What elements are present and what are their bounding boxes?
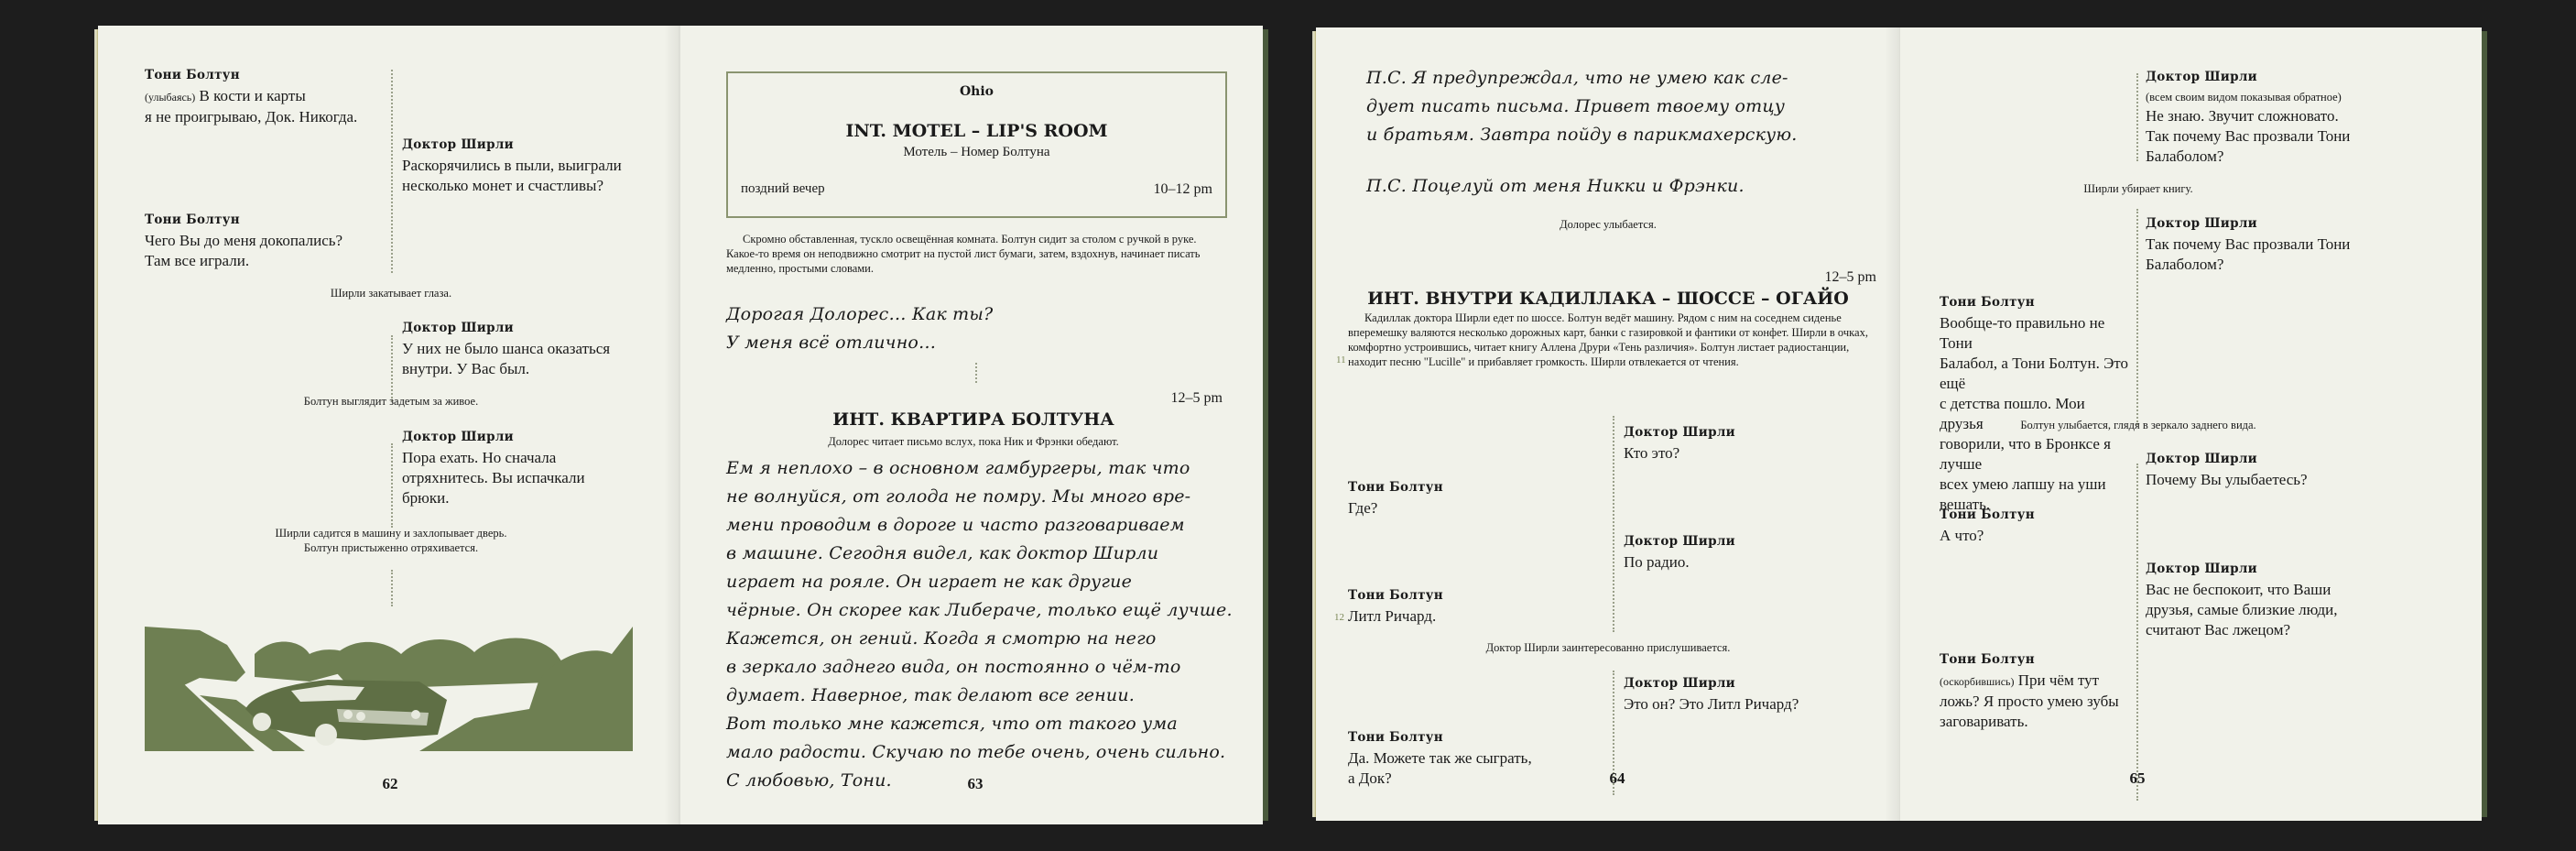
letter-line: дует писать письма. Привет твоему отцу — [1366, 93, 1879, 121]
letter-line: думает. Наверное, так делают все гении. — [726, 682, 1239, 710]
dialogue-line: внутри. У Вас был. — [402, 359, 658, 379]
dialogue-divider — [391, 70, 393, 273]
stage-direction-line: Ширли садится в машину и захлопывает две… — [98, 526, 680, 540]
dialogue-line: я не проигрываю, Док. Никогда. — [145, 107, 383, 127]
book-spread-right: П.С. Я предупреждал, что не умею как сле… — [1312, 27, 2489, 821]
dialogue-line: По радио. — [1624, 552, 1880, 573]
scene-time: 12–5 pm — [1171, 390, 1223, 407]
speaker-name: Тони Болтун — [145, 68, 383, 82]
page-65: Доктор Ширли (всем своим видом показывая… — [1900, 27, 2482, 821]
dialogue-line: Кто это? — [1624, 443, 1880, 464]
scene-description: Кадиллак доктора Ширли едет по шоссе. Бо… — [1348, 311, 1870, 369]
speaker-name: Доктор Ширли — [2146, 452, 2457, 466]
dialogue-line: а Док? — [1348, 769, 1595, 789]
dialogue-divider — [391, 335, 393, 401]
speaker-name: Доктор Ширли — [402, 137, 658, 152]
dialogue-block: Доктор Ширли По радио. — [1624, 534, 1880, 573]
speaker-name: Доктор Ширли — [1624, 534, 1880, 549]
page-edge — [1263, 29, 1268, 821]
stage-direction: Болтун выглядит задетым за живое. — [98, 394, 680, 409]
dialogue-line: отряхнитесь. Вы испачкали — [402, 468, 658, 488]
letter-line: Ем я неплохо – в основном гамбургеры, та… — [726, 454, 1239, 483]
dialogue-line: Так почему Вас прозвали Тони — [2146, 235, 2457, 255]
dialogue-divider — [2136, 209, 2138, 425]
speaker-name: Доктор Ширли — [402, 430, 658, 444]
dialogue-line: Это он? Это Литл Ричард? — [1624, 694, 1880, 715]
dialogue-block: Тони Болтун (улыбаясь) В кости и карты я… — [145, 68, 383, 127]
dialogue-block: Доктор Ширли Так почему Вас прозвали Тон… — [2146, 216, 2457, 275]
dialogue-line: говорили, что в Бронксе я лучше — [1940, 434, 2132, 475]
dialogue-block: Доктор Ширли (всем своим видом показывая… — [2146, 70, 2457, 167]
stage-direction: Болтун улыбается, глядя в зеркало заднег… — [1900, 418, 2376, 432]
line-marker: 12 — [1334, 612, 1344, 623]
dialogue-line: (улыбаясь) В кости и карты — [145, 86, 383, 107]
dialogue-line: Балабол, а Тони Болтун. Это ещё — [1940, 354, 2132, 394]
dialogue-block: Доктор Ширли Это он? Это Литл Ричард? — [1624, 676, 1880, 715]
dialogue-line: Да. Можете так же сыграть, — [1348, 748, 1595, 769]
speaker-name: Тони Болтун — [1940, 507, 2132, 522]
letter-line: в зеркало заднего вида, он постоянно о ч… — [726, 653, 1239, 682]
letter-body: Ем я неплохо – в основном гамбургеры, та… — [726, 454, 1239, 795]
page-edge — [2482, 31, 2487, 817]
page-number: 63 — [948, 775, 1003, 793]
scene-subtitle: Мотель – Номер Болтуна — [728, 145, 1225, 160]
dialogue-text: При чём тут — [2018, 671, 2099, 689]
speaker-name: Тони Болтун — [1940, 652, 2132, 667]
dialogue-line: Балаболом? — [2146, 255, 2457, 275]
dialogue-divider — [2136, 73, 2138, 161]
letter-line: У меня всё отлично… — [726, 329, 1221, 357]
dialogue-line: (оскорбившись) При чём тут — [1940, 671, 2132, 692]
scene-divider — [975, 363, 977, 383]
dialogue-line: Вас не беспокоит, что Ваши — [2146, 580, 2457, 600]
scene-time: 10–12 pm — [1154, 181, 1212, 198]
letter-line: мени проводим в дороге и часто разговари… — [726, 511, 1239, 540]
dialogue-block: Тони Болтун Вообще-то правильно не Тони … — [1940, 295, 2132, 515]
dialogue-block: Доктор Ширли Раскорячились в пыли, выигр… — [402, 137, 658, 196]
dialogue-line: брюки. — [402, 488, 658, 508]
dialogue-line: Пора ехать. Но сначала — [402, 448, 658, 468]
car-illustration-svg — [145, 627, 633, 751]
dialogue-line: Там все играли. — [145, 251, 383, 271]
car-on-road-illustration — [145, 627, 633, 751]
speaker-name: Тони Болтун — [1940, 295, 2132, 310]
speaker-name: Доктор Ширли — [1624, 425, 1880, 440]
dialogue-block: Тони Болтун Чего Вы до меня докопались? … — [145, 213, 383, 271]
dialogue-divider — [391, 570, 393, 606]
dialogue-line: У них не было шанса оказаться — [402, 339, 658, 359]
dialogue-line: А что? — [1940, 526, 2132, 546]
dialogue-divider — [391, 443, 393, 528]
dialogue-line: заговаривать. — [1940, 712, 2132, 732]
time-of-day: поздний вечер — [741, 181, 825, 197]
speaker-name: Доктор Ширли — [402, 321, 658, 335]
letter-postscript-2: П.С. Поцелуй от меня Никки и Фрэнки. — [1366, 172, 1879, 201]
dialogue-line: Почему Вы улыбаетесь? — [2146, 470, 2457, 490]
speaker-name: Тони Болтун — [1348, 588, 1595, 603]
parenthetical: (оскорбившись) — [1940, 675, 2015, 688]
scene-slugline: ИНТ. ВНУТРИ КАДИЛЛАКА – ШОССЕ – ОГАЙО — [1316, 289, 1900, 309]
scene-location: Ohio — [728, 84, 1225, 99]
dialogue-block: Доктор Ширли У них не было шанса оказать… — [402, 321, 658, 379]
dialogue-block: Доктор Ширли Кто это? — [1624, 425, 1880, 464]
letter-postscript: П.С. Я предупреждал, что не умею как сле… — [1366, 64, 1879, 149]
scene-time: 12–5 pm — [1825, 269, 1876, 286]
page-64: П.С. Я предупреждал, что не умею как сле… — [1316, 27, 1900, 821]
parenthetical: (всем своим видом показывая обратное) — [2146, 88, 2457, 106]
speaker-name: Доктор Ширли — [2146, 562, 2457, 576]
dialogue-line: ложь? Я просто умею зубы — [1940, 692, 2132, 712]
page-number: 62 — [363, 775, 418, 793]
dialogue-line: Где? — [1348, 498, 1595, 518]
stage-direction: Ширли закатывает глаза. — [98, 286, 680, 300]
page-number: 65 — [2110, 769, 2165, 788]
parenthetical: (улыбаясь) — [145, 91, 195, 104]
page-62: Тони Болтун (улыбаясь) В кости и карты я… — [98, 26, 680, 824]
letter-line: Дорогая Долорес… Как ты? — [726, 300, 1221, 329]
scene-slugline: INT. MOTEL – LIP'S ROOM — [728, 121, 1225, 141]
dialogue-block: Тони Болтун Да. Можете так же сыграть, а… — [1348, 730, 1595, 789]
page-number: 64 — [1590, 769, 1645, 788]
letter-line: П.С. Я предупреждал, что не умею как сле… — [1366, 64, 1879, 93]
dialogue-text: В кости и карты — [200, 87, 306, 104]
dialogue-block: Тони Болтун А что? — [1940, 507, 2132, 546]
dialogue-line: Так почему Вас прозвали Тони — [2146, 126, 2457, 147]
dialogue-block: Тони Болтун Литл Ричард. — [1348, 588, 1595, 627]
dialogue-block: Доктор Ширли Вас не беспокоит, что Ваши … — [2146, 562, 2457, 640]
speaker-name: Тони Болтун — [1348, 480, 1595, 495]
dialogue-line: друзья, самые близкие люди, — [2146, 600, 2457, 620]
speaker-name: Доктор Ширли — [1624, 676, 1880, 691]
letter-line: в машине. Сегодня видел, как доктор Ширл… — [726, 540, 1239, 568]
scene-slugline: ИНТ. КВАРТИРА БОЛТУНА — [680, 409, 1263, 430]
page-63: Ohio INT. MOTEL – LIP'S ROOM Мотель – Но… — [680, 26, 1263, 824]
line-marker: 11 — [1336, 355, 1346, 365]
stage-direction: Ширли убирает книгу. — [1900, 181, 2376, 196]
scene-heading-box: Ohio INT. MOTEL – LIP'S ROOM Мотель – Но… — [726, 71, 1227, 218]
dialogue-line: Чего Вы до меня докопались? — [145, 231, 383, 251]
letter-line: Кажется, он гений. Когда я смотрю на нег… — [726, 625, 1239, 653]
dialogue-line: Не знаю. Звучит сложновато. — [2146, 106, 2457, 126]
scene-description: Скромно обставленная, тускло освещённая … — [726, 232, 1221, 276]
speaker-name: Доктор Ширли — [2146, 70, 2457, 84]
dialogue-divider — [2136, 464, 2138, 801]
dialogue-line: Балаболом? — [2146, 147, 2457, 167]
letter-opening: Дорогая Долорес… Как ты? У меня всё отли… — [726, 300, 1221, 357]
dialogue-line: Раскорячились в пыли, выиграли — [402, 156, 658, 176]
dialogue-block: Тони Болтун Где? — [1348, 480, 1595, 518]
letter-line: не волнуйся, от голода не помру. Мы мног… — [726, 483, 1239, 511]
dialogue-block: Доктор Ширли Почему Вы улыбаетесь? — [2146, 452, 2457, 490]
book-spread-left: Тони Болтун (улыбаясь) В кости и карты я… — [94, 26, 1268, 824]
dialogue-line: несколько монет и счастливы? — [402, 176, 658, 196]
stage-direction: Доктор Ширли заинтересованно прислушивае… — [1316, 640, 1900, 655]
stage-direction-line: Болтун пристыженно отряхивается. — [98, 540, 680, 555]
dialogue-block: Доктор Ширли Пора ехать. Но сначала отря… — [402, 430, 658, 508]
dialogue-line: Литл Ричард. — [1348, 606, 1595, 627]
dialogue-block: Тони Болтун (оскорбившись) При чём тут л… — [1940, 652, 2132, 732]
letter-line: и братьям. Завтра пойду в парикмахерскую… — [1366, 121, 1879, 149]
stage-direction: Ширли садится в машину и захлопывает две… — [98, 526, 680, 555]
stage-direction: Долорес улыбается. — [1316, 217, 1900, 232]
letter-line: чёрные. Он скорее как Либераче, только е… — [726, 596, 1239, 625]
scene-subtitle: Долорес читает письмо вслух, пока Ник и … — [680, 434, 1263, 449]
dialogue-line: Вообще-то правильно не Тони — [1940, 313, 2132, 354]
letter-line: мало радости. Скучаю по тебе очень, очен… — [726, 738, 1239, 767]
speaker-name: Тони Болтун — [1348, 730, 1595, 745]
dialogue-divider — [1613, 416, 1614, 632]
speaker-name: Доктор Ширли — [2146, 216, 2457, 231]
letter-line: Вот только мне кажется, что от такого ум… — [726, 710, 1239, 738]
speaker-name: Тони Болтун — [145, 213, 383, 227]
letter-line: играет на рояле. Он играет не как другие — [726, 568, 1239, 596]
dialogue-line: считают Вас лжецом? — [2146, 620, 2457, 640]
